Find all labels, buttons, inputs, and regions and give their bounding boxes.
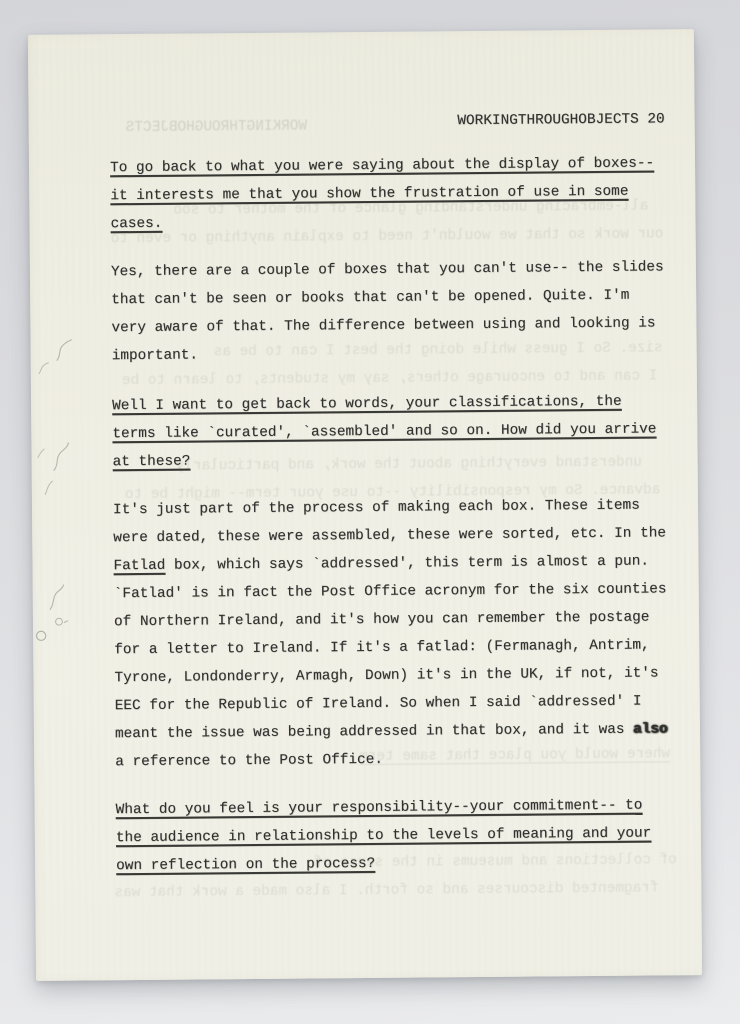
pencil-smudge bbox=[35, 447, 47, 461]
ghost-line: WORKINGTHROUGHOBJECTS bbox=[125, 112, 307, 142]
text-segment: box, which says `addressed', this term i… bbox=[165, 554, 649, 574]
running-head: WORKINGTHROUGHOBJECTS 20 bbox=[457, 105, 665, 135]
answer-paragraph: It's just part of the process of making … bbox=[113, 491, 687, 776]
text-line: important. bbox=[112, 337, 684, 370]
pencil-smudge bbox=[53, 613, 71, 631]
smudged-word: also bbox=[633, 721, 668, 737]
question-paragraph: Well I want to get back to words, your c… bbox=[112, 387, 685, 476]
pencil-smudge bbox=[33, 628, 49, 644]
question-paragraph: What do you feel is your responsibility-… bbox=[116, 791, 689, 880]
text-line: a reference to the Post Office. bbox=[115, 743, 687, 776]
pencil-smudge bbox=[42, 478, 56, 498]
question-paragraph: To go back to what you were saying about… bbox=[110, 149, 683, 238]
text-segment: meant the issue was being addressed in t… bbox=[115, 722, 633, 743]
pencil-smudge bbox=[47, 583, 67, 613]
text-line: meant the issue was being addressed in t… bbox=[115, 715, 687, 748]
text-line: cases. bbox=[110, 205, 682, 238]
text-line: very aware of that. The difference betwe… bbox=[111, 309, 683, 342]
pencil-smudge bbox=[53, 338, 75, 364]
answer-paragraph: Yes, there are a couple of boxes that yo… bbox=[111, 253, 684, 370]
text-line: at these? bbox=[112, 443, 684, 476]
pencil-smudge bbox=[49, 440, 71, 474]
underlined-word: Fatlad bbox=[113, 558, 165, 574]
text-line: terms like `curated', `assembled' and so… bbox=[112, 415, 684, 448]
text-line: it interests me that you show the frustr… bbox=[110, 177, 682, 210]
text-line: the audience in relationship to the leve… bbox=[116, 819, 688, 852]
text-line: own reflection on the process? bbox=[116, 847, 688, 880]
pencil-smudge bbox=[37, 361, 51, 377]
scanned-page: WORKINGTHROUGHOBJECTS all-embracing unde… bbox=[28, 29, 702, 981]
